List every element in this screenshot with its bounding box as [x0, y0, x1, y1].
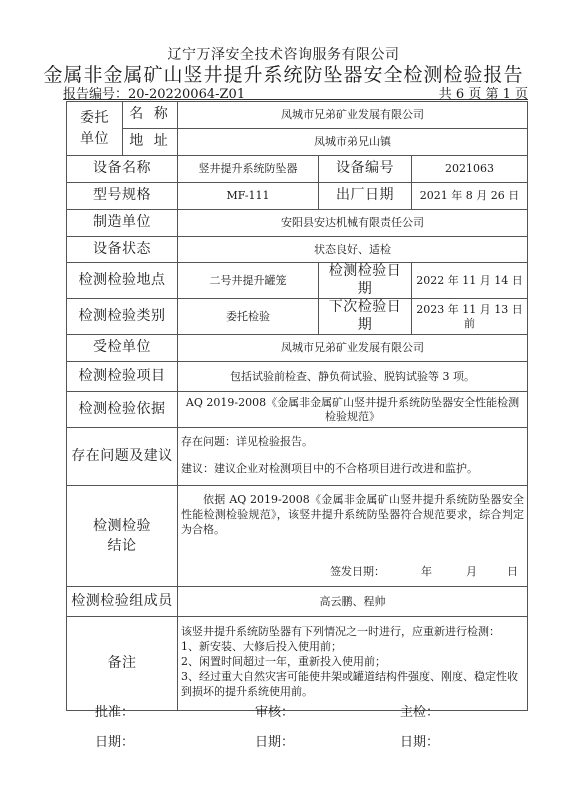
conclusion-label: 检测检验 结论 [67, 486, 178, 587]
next-date-value: 2023 年 11 月 13 日前 [412, 299, 528, 335]
inspection-type-label: 检测检验类别 [67, 299, 178, 335]
status-value: 状态良好、适检 [178, 237, 528, 263]
row-remarks: 备注 该竖井提升系统防坠器有下列情况之一时进行，应重新进行检测： 1、新安装、大… [67, 617, 528, 711]
client-name-value: 凤城市兄弟矿业发展有限公司 [178, 102, 528, 129]
report-number-value: 20-20220064-Z01 [128, 87, 245, 102]
conclusion-label-line2: 结论 [70, 536, 174, 556]
row-equipment: 设备名称 竖井提升系统防坠器 设备编号 2021063 [67, 156, 528, 183]
inspector-date-label: 日期： [400, 731, 439, 750]
inspector-label: 主检： [400, 701, 439, 720]
report-meta-bar: 报告编号：20-20220064-Z01 共 6 页 第 1 页 [63, 83, 528, 100]
report-number: 报告编号：20-20220064-Z01 [63, 83, 245, 102]
row-status: 设备状态 状态良好、适检 [67, 237, 528, 263]
row-members: 检测检验组成员 高云鹏、程帅 [67, 587, 528, 617]
equipment-name-value: 竖井提升系统防坠器 [178, 156, 319, 183]
client-label: 委托 单位 [67, 102, 123, 156]
issues-label: 存在问题及建议 [67, 428, 178, 486]
basis-label: 检测检验依据 [67, 392, 178, 428]
row-client-address: 地 址 凤城市弟兄山镇 [67, 129, 528, 156]
inspection-type-value: 委托检验 [178, 299, 319, 335]
members-label: 检测检验组成员 [67, 587, 178, 617]
remarks-line: 1、新安装、大修后投入使用前； [181, 639, 524, 654]
client-label-line1: 委托 [70, 108, 119, 129]
equipment-number-value: 2021063 [412, 156, 528, 183]
issue-date-label: 签发日期： [330, 565, 385, 579]
row-inspected-unit: 受检单位 凤城市兄弟矿业发展有限公司 [67, 335, 528, 362]
manufacture-date-label: 出厂日期 [319, 183, 412, 210]
conclusion-label-line1: 检测检验 [70, 516, 174, 536]
remarks-line: 3、经过重大自然灾害可能使井架或罐道结构件强度、刚度、稳定性收到损坏的提升系统使… [181, 669, 524, 699]
remarks-line: 2、闲置时间超过一年，重新投入使用前； [181, 654, 524, 669]
model-value: MF-111 [178, 183, 319, 210]
issue-date: 签发日期：年月日 [181, 565, 524, 579]
client-label-line2: 单位 [70, 129, 119, 150]
model-label: 型号规格 [67, 183, 178, 210]
next-date-label: 下次检验日期 [319, 299, 412, 335]
issue-date-day: 日 [507, 565, 518, 579]
location-label: 检测检验地点 [67, 263, 178, 299]
suggestion-text: 建议：建议企业对检测项目中的不合格项目进行改进和监护。 [181, 461, 524, 476]
manufacturer-value: 安阳县安达机械有限责任公司 [178, 210, 528, 237]
issue-date-year: 年 [421, 565, 432, 579]
location-value: 二号井提升罐笼 [178, 263, 319, 299]
client-name-label: 名 称 [123, 102, 178, 129]
manufacture-date-value: 2021 年 8 月 26 日 [412, 183, 528, 210]
report-table: 委托 单位 名 称 凤城市兄弟矿业发展有限公司 地 址 凤城市弟兄山镇 设备名称… [66, 101, 528, 711]
remarks-cell: 该竖井提升系统防坠器有下列情况之一时进行，应重新进行检测： 1、新安装、大修后投… [178, 617, 528, 711]
status-label: 设备状态 [67, 237, 178, 263]
equipment-number-label: 设备编号 [319, 156, 412, 183]
report-number-label: 报告编号： [63, 87, 128, 102]
conclusion-text: 依据 AQ 2019-2008《金属非金属矿山竖井提升系统防坠器安全性能检测检验… [181, 492, 524, 537]
issues-cell: 存在问题：详见检验报告。 建议：建议企业对检测项目中的不合格项目进行改进和监护。 [178, 428, 528, 486]
inspection-date-value: 2022 年 11 月 14 日 [412, 263, 528, 299]
items-value: 包括试验前检查、静负荷试验、脱钩试验等 3 项。 [178, 362, 528, 392]
items-label: 检测检验项目 [67, 362, 178, 392]
client-address-label: 地 址 [123, 129, 178, 156]
members-value: 高云鹏、程帅 [178, 587, 528, 617]
remarks-line: 该竖井提升系统防坠器有下列情况之一时进行，应重新进行检测： [181, 624, 524, 639]
issues-text: 存在问题：详见检验报告。 [181, 434, 524, 449]
inspected-unit-label: 受检单位 [67, 335, 178, 362]
row-client-name: 委托 单位 名 称 凤城市兄弟矿业发展有限公司 [67, 102, 528, 129]
basis-value: AQ 2019-2008《金属非金属矿山竖井提升系统防坠器安全性能检测检验规范》 [178, 392, 528, 428]
remarks-label: 备注 [67, 617, 178, 711]
review-date-label: 日期： [255, 731, 294, 750]
issue-date-month: 月 [466, 565, 477, 579]
inspection-date-label: 检测检验日期 [319, 263, 412, 299]
manufacturer-label: 制造单位 [67, 210, 178, 237]
row-conclusion: 检测检验 结论 依据 AQ 2019-2008《金属非金属矿山竖井提升系统防坠器… [67, 486, 528, 587]
client-address-value: 凤城市弟兄山镇 [178, 129, 528, 156]
page-info: 共 6 页 第 1 页 [439, 83, 528, 102]
row-model: 型号规格 MF-111 出厂日期 2021 年 8 月 26 日 [67, 183, 528, 210]
conclusion-cell: 依据 AQ 2019-2008《金属非金属矿山竖井提升系统防坠器安全性能检测检验… [178, 486, 528, 587]
row-items: 检测检验项目 包括试验前检查、静负荷试验、脱钩试验等 3 项。 [67, 362, 528, 392]
row-type: 检测检验类别 委托检验 下次检验日期 2023 年 11 月 13 日前 [67, 299, 528, 335]
inspected-unit-value: 凤城市兄弟矿业发展有限公司 [178, 335, 528, 362]
row-issues: 存在问题及建议 存在问题：详见检验报告。 建议：建议企业对检测项目中的不合格项目… [67, 428, 528, 486]
row-manufacturer: 制造单位 安阳县安达机械有限责任公司 [67, 210, 528, 237]
row-location: 检测检验地点 二号井提升罐笼 检测检验日期 2022 年 11 月 14 日 [67, 263, 528, 299]
row-basis: 检测检验依据 AQ 2019-2008《金属非金属矿山竖井提升系统防坠器安全性能… [67, 392, 528, 428]
equipment-name-label: 设备名称 [67, 156, 178, 183]
approve-date-label: 日期： [95, 731, 134, 750]
approve-label: 批准： [95, 701, 134, 720]
review-label: 审核： [255, 701, 294, 720]
